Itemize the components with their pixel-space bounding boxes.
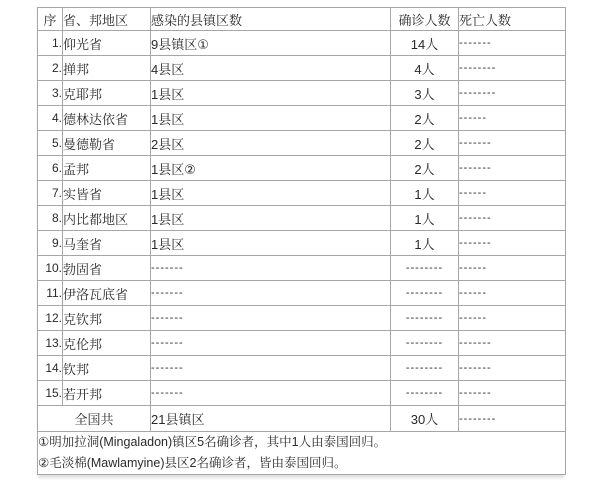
column-header-townships: 感染的县镇区数	[151, 8, 391, 31]
total-row: 全国共 21县镇区 30人 --------	[38, 406, 566, 432]
row-number: 2.	[38, 56, 63, 81]
table-row: 10. 勃固省 ------- -------- ------	[38, 256, 566, 281]
infected-townships: -------	[151, 356, 391, 381]
death-count: ------	[459, 256, 566, 281]
row-number: 14.	[38, 356, 63, 381]
death-count: -------	[459, 206, 566, 231]
column-header-seq: 序	[38, 8, 63, 31]
infected-townships: 1县区	[151, 181, 391, 206]
death-count: -------	[459, 231, 566, 256]
infected-townships: -------	[151, 331, 391, 356]
total-label: 全国共	[38, 406, 151, 432]
row-number: 1.	[38, 31, 63, 56]
region-name: 克钦邦	[63, 306, 151, 331]
table-row: 8. 内比都地区 1县区 1人 -------	[38, 206, 566, 231]
confirmed-count: 4人	[391, 56, 459, 81]
confirmed-count: --------	[391, 306, 459, 331]
confirmed-count: 1人	[391, 206, 459, 231]
region-name: 内比都地区	[63, 206, 151, 231]
header-row: 序 省、邦地区 感染的县镇区数 确诊人数 死亡人数	[38, 8, 566, 31]
confirmed-count: 2人	[391, 156, 459, 181]
total-confirmed: 30人	[391, 406, 459, 432]
death-count: -------	[459, 356, 566, 381]
death-count: --------	[459, 81, 566, 106]
region-name: 仰光省	[63, 31, 151, 56]
death-count: ------	[459, 106, 566, 131]
table-row: 5. 曼德勒省 2县区 2人 -------	[38, 131, 566, 156]
confirmed-count: 2人	[391, 106, 459, 131]
table-row: 2. 掸邦 4县区 4人 --------	[38, 56, 566, 81]
infected-townships: -------	[151, 256, 391, 281]
row-number: 7.	[38, 181, 63, 206]
confirmed-count: 1人	[391, 231, 459, 256]
infected-townships: -------	[151, 381, 391, 406]
region-name: 克伦邦	[63, 331, 151, 356]
region-name: 马奎省	[63, 231, 151, 256]
table-row: 11. 伊洛瓦底省 ------- -------- ------	[38, 281, 566, 306]
footnotes-cell: ①明加拉洞(Mingaladon)镇区5名确诊者，其中1人由泰国回归。 ②毛淡棉…	[38, 432, 566, 475]
death-count: ------	[459, 306, 566, 331]
column-header-region: 省、邦地区	[63, 8, 151, 31]
confirmed-count: --------	[391, 356, 459, 381]
region-name: 克耶邦	[63, 81, 151, 106]
footnotes-row: ①明加拉洞(Mingaladon)镇区5名确诊者，其中1人由泰国回归。 ②毛淡棉…	[38, 432, 566, 475]
death-count: --------	[459, 56, 566, 81]
infected-townships: 1县区	[151, 231, 391, 256]
footnote-1: ①明加拉洞(Mingaladon)镇区5名确诊者，其中1人由泰国回归。	[38, 432, 565, 453]
row-number: 13.	[38, 331, 63, 356]
confirmed-count: --------	[391, 381, 459, 406]
death-count: -------	[459, 131, 566, 156]
row-number: 5.	[38, 131, 63, 156]
table-row: 15. 若开邦 ------- -------- -------	[38, 381, 566, 406]
infected-townships: 1县区	[151, 81, 391, 106]
region-name: 钦邦	[63, 356, 151, 381]
confirmed-count: 14人	[391, 31, 459, 56]
infected-townships: 2县区	[151, 131, 391, 156]
region-name: 勃固省	[63, 256, 151, 281]
column-header-confirmed: 确诊人数	[391, 8, 459, 31]
table-row: 3. 克耶邦 1县区 3人 --------	[38, 81, 566, 106]
death-count: -------	[459, 381, 566, 406]
footnote-2: ②毛淡棉(Mawlamyine)县区2名确诊者，皆由泰国回归。	[38, 453, 565, 474]
region-name: 实皆省	[63, 181, 151, 206]
row-number: 10.	[38, 256, 63, 281]
infected-townships: 4县区	[151, 56, 391, 81]
confirmed-count: 3人	[391, 81, 459, 106]
death-count: -------	[459, 156, 566, 181]
infected-townships: 1县区	[151, 206, 391, 231]
death-count: -------	[459, 31, 566, 56]
infected-townships: -------	[151, 281, 391, 306]
infected-townships: 1县区	[151, 106, 391, 131]
confirmed-count: --------	[391, 256, 459, 281]
death-count: ------	[459, 181, 566, 206]
confirmed-count: --------	[391, 331, 459, 356]
region-name: 若开邦	[63, 381, 151, 406]
row-number: 11.	[38, 281, 63, 306]
region-name: 孟邦	[63, 156, 151, 181]
cases-table: 序 省、邦地区 感染的县镇区数 确诊人数 死亡人数 1. 仰光省 9县镇区① 1…	[37, 7, 566, 475]
region-name: 掸邦	[63, 56, 151, 81]
table-row: 4. 德林达依省 1县区 2人 ------	[38, 106, 566, 131]
row-number: 9.	[38, 231, 63, 256]
confirmed-count: 1人	[391, 181, 459, 206]
infected-townships: 1县区②	[151, 156, 391, 181]
total-deaths: --------	[459, 406, 566, 432]
row-number: 3.	[38, 81, 63, 106]
death-count: -------	[459, 331, 566, 356]
column-header-deaths: 死亡人数	[459, 8, 566, 31]
row-number: 12.	[38, 306, 63, 331]
death-count: ------	[459, 281, 566, 306]
infected-townships: 9县镇区①	[151, 31, 391, 56]
region-name: 伊洛瓦底省	[63, 281, 151, 306]
cases-table-container: 序 省、邦地区 感染的县镇区数 确诊人数 死亡人数 1. 仰光省 9县镇区① 1…	[37, 7, 565, 475]
row-number: 4.	[38, 106, 63, 131]
row-number: 15.	[38, 381, 63, 406]
table-row: 7. 实皆省 1县区 1人 ------	[38, 181, 566, 206]
table-row: 14. 钦邦 ------- -------- -------	[38, 356, 566, 381]
table-row: 9. 马奎省 1县区 1人 -------	[38, 231, 566, 256]
region-name: 德林达依省	[63, 106, 151, 131]
total-townships: 21县镇区	[151, 406, 391, 432]
row-number: 6.	[38, 156, 63, 181]
confirmed-count: 2人	[391, 131, 459, 156]
infected-townships: -------	[151, 306, 391, 331]
table-row: 13. 克伦邦 ------- -------- -------	[38, 331, 566, 356]
table-row: 12. 克钦邦 ------- -------- ------	[38, 306, 566, 331]
confirmed-count: --------	[391, 281, 459, 306]
table-row: 6. 孟邦 1县区② 2人 -------	[38, 156, 566, 181]
row-number: 8.	[38, 206, 63, 231]
table-row: 1. 仰光省 9县镇区① 14人 -------	[38, 31, 566, 56]
region-name: 曼德勒省	[63, 131, 151, 156]
